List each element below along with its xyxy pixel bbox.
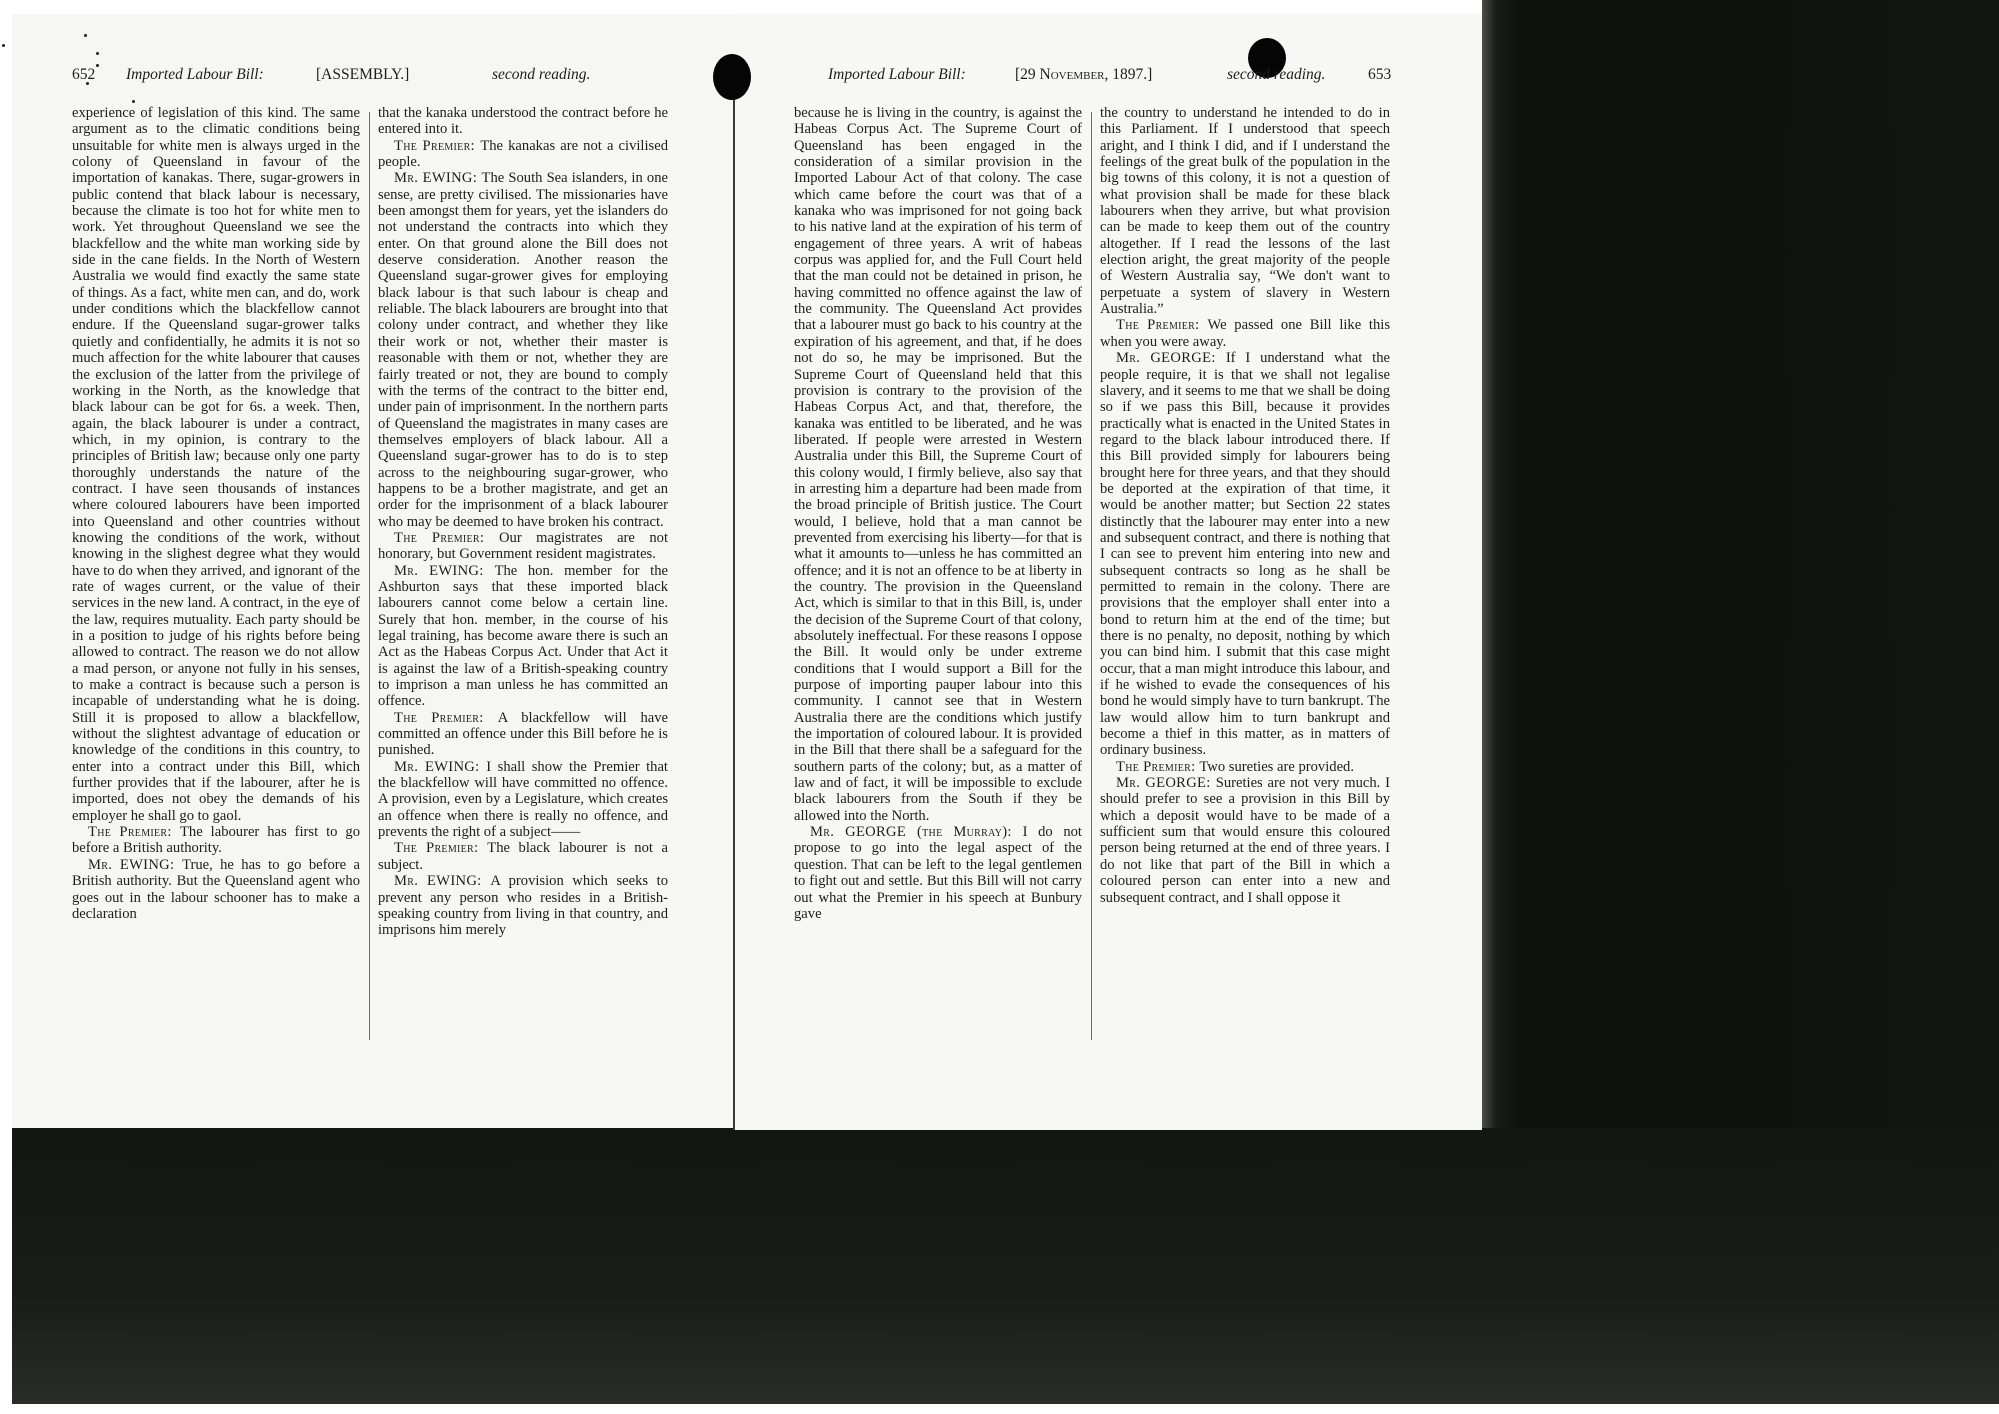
- speech-paragraph: The Premier: We passed one Bill like thi…: [1100, 317, 1390, 350]
- running-head-section: second reading.: [492, 66, 590, 84]
- speaker-name: The Premier:: [394, 710, 498, 726]
- column-rule-left-page: [369, 112, 370, 1040]
- speaker-name: Mr. EWING:: [394, 759, 486, 775]
- speech-paragraph: The Premier: The labourer has first to g…: [72, 824, 360, 857]
- scanner-background-bottom: [12, 1128, 1999, 1404]
- page-gutter: [733, 92, 735, 1130]
- speaker-name: Mr. GEORGE (the Murray):: [810, 824, 1023, 840]
- speech-paragraph: Mr. EWING: The hon. member for the Ashbu…: [378, 563, 668, 710]
- speaker-name: The Premier:: [1116, 317, 1208, 333]
- page-number: 652: [72, 66, 95, 84]
- speech-paragraph: Mr. GEORGE: Sureties are not very much. …: [1100, 775, 1390, 906]
- column-rule-right-page: [1091, 112, 1092, 1040]
- speech-paragraph: The Premier: The kanakas are not a civil…: [378, 138, 668, 171]
- running-head-date: [29 November, 1897.]: [1015, 66, 1152, 84]
- speaker-name: Mr. GEORGE:: [1116, 350, 1226, 366]
- running-head-right: Imported Labour Bill: [29 November, 1897…: [828, 66, 1428, 88]
- scan-speck: [2, 44, 5, 47]
- text-column-653-left: because he is living in the country, is …: [794, 105, 1082, 922]
- scan-speck: [96, 52, 99, 55]
- continued-paragraph: the country to understand he intended to…: [1100, 105, 1390, 317]
- running-head-section: second reading.: [1227, 66, 1325, 84]
- text-column-652-right: that the kanaka understood the contract …: [378, 105, 668, 939]
- speaker-name: The Premier:: [394, 138, 480, 154]
- speaker-name: Mr. EWING:: [394, 873, 490, 889]
- speech-paragraph: Mr. EWING: A provision which seeks to pr…: [378, 873, 668, 938]
- speech-paragraph: Mr. EWING: True, he has to go before a B…: [72, 857, 360, 922]
- speaker-name: The Premier:: [394, 840, 487, 856]
- scan-speck: [132, 100, 135, 103]
- running-head-title: Imported Labour Bill:: [126, 66, 264, 84]
- punch-hole-left: [713, 54, 751, 100]
- speaker-name: Mr. EWING:: [394, 563, 495, 579]
- speech-paragraph: Mr. GEORGE: If I understand what the peo…: [1100, 350, 1390, 759]
- text-column-653-right: the country to understand he intended to…: [1100, 105, 1390, 906]
- speech-paragraph: Mr. EWING: The South Sea islanders, in o…: [378, 170, 668, 530]
- speech-paragraph: The Premier: The black labourer is not a…: [378, 840, 668, 873]
- speech-paragraph: Mr. GEORGE (the Murray): I do not propos…: [794, 824, 1082, 922]
- running-head-left: 652 Imported Labour Bill: [ASSEMBLY.] se…: [72, 66, 672, 88]
- continued-paragraph: experience of legislation of this kind. …: [72, 105, 360, 824]
- scan-speck: [84, 34, 87, 37]
- speaker-name: The Premier:: [88, 824, 180, 840]
- speech-paragraph: The Premier: Our magistrates are not hon…: [378, 530, 668, 563]
- speech-paragraph: The Premier: A blackfellow will have com…: [378, 710, 668, 759]
- page-number: 653: [1368, 66, 1391, 84]
- speaker-name: The Premier:: [1116, 759, 1199, 775]
- speaker-name: Mr. EWING:: [394, 170, 482, 186]
- speech-paragraph: The Premier: Two sureties are provided.: [1100, 759, 1390, 775]
- speech-paragraph: Mr. EWING: I shall show the Premier that…: [378, 759, 668, 841]
- speaker-name: Mr. GEORGE:: [1116, 775, 1216, 791]
- speaker-name: The Premier:: [394, 530, 499, 546]
- speaker-name: Mr. EWING:: [88, 857, 182, 873]
- running-head-date-text: [29 November, 1897.]: [1015, 66, 1152, 83]
- continued-paragraph: because he is living in the country, is …: [794, 105, 1082, 824]
- running-head-title: Imported Labour Bill:: [828, 66, 966, 84]
- text-column-652-left: experience of legislation of this kind. …: [72, 105, 360, 922]
- running-head-chamber: [ASSEMBLY.]: [316, 66, 409, 84]
- continued-paragraph: that the kanaka understood the contract …: [378, 105, 668, 138]
